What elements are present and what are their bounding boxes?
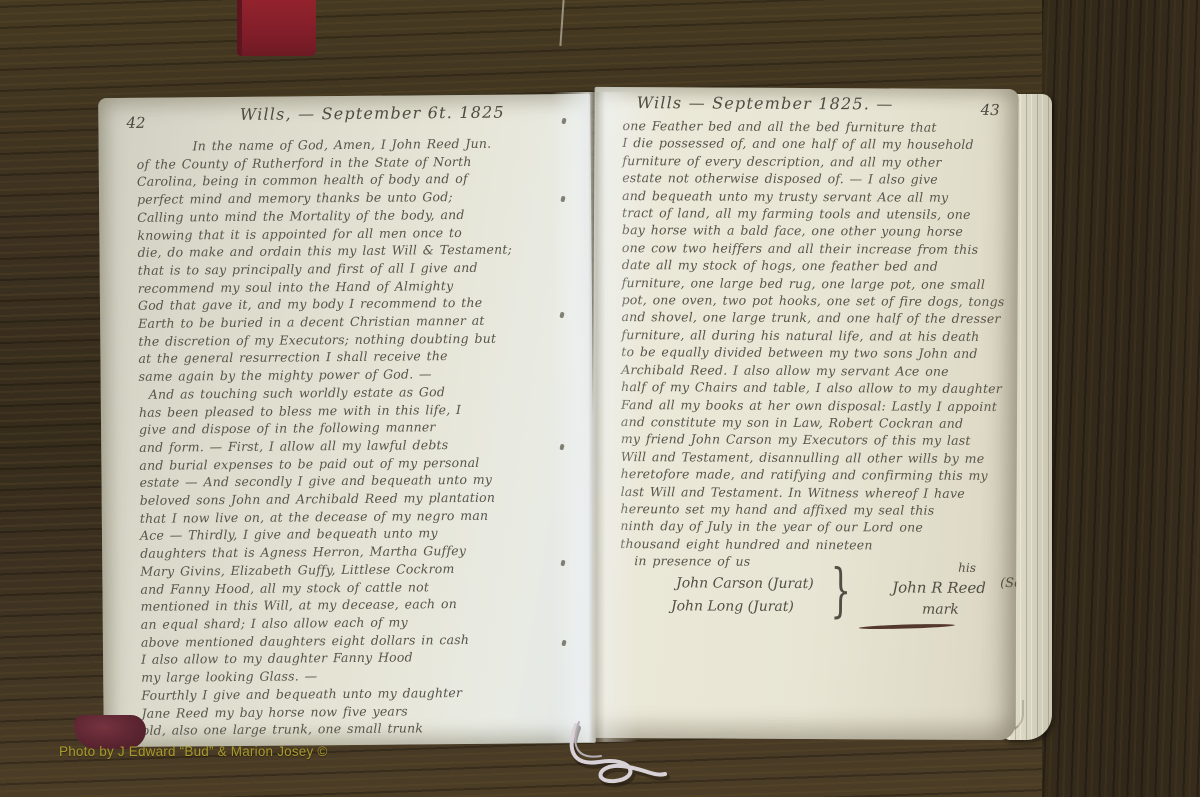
- witness-signature-2: John Long (Jurat): [671, 598, 794, 615]
- red-book-spine-behind: [237, 0, 316, 56]
- handwritten-line: heretofore made, and ratifying and confi…: [621, 465, 1007, 484]
- handwritten-line: Archibald Reed. I also allow my servant …: [621, 361, 1007, 380]
- handwritten-line: pot, one oven, two pot hooks, one set of…: [622, 291, 1008, 310]
- his-mark-bottom: mark: [922, 602, 959, 618]
- handwritten-line: half of my Chairs and table, I also allo…: [621, 378, 1007, 397]
- handwritten-line: last Will and Testament. In Witness wher…: [621, 483, 1007, 502]
- handwritten-line: old, also one large trunk, one small tru…: [142, 718, 590, 740]
- handwritten-line: to be equally divided between my two son…: [621, 343, 1007, 362]
- handwritten-line: and bequeath unto my trusty servant Ace …: [622, 187, 1008, 206]
- handwritten-line: one Feather bed and all the bed furnitur…: [622, 117, 1008, 136]
- handwritten-line: estate not otherwise disposed of. — I al…: [622, 169, 1008, 188]
- handwritten-line: furniture of every description, and all …: [622, 152, 1008, 171]
- handwritten-line: Fand all my books at her own disposal: L…: [621, 396, 1007, 415]
- handwritten-line: in presence of us: [634, 552, 1006, 571]
- handwritten-line: furniture, one large bed rug, one large …: [622, 274, 1008, 293]
- handwritten-line: date all my stock of hogs, one feather b…: [622, 256, 1008, 275]
- handwritten-line: and constitute my son in Law, Robert Coc…: [621, 413, 1007, 432]
- handwritten-line: Will and Testament, disannulling all oth…: [621, 448, 1007, 467]
- his-mark-top: his: [958, 561, 976, 575]
- left-page-text: In the name of God, Amen, I John Reed Ju…: [137, 134, 590, 740]
- right-page-text: one Feather bed and all the bed furnitur…: [620, 117, 1008, 572]
- handwritten-line: and shovel, one large trunk, and one hal…: [621, 309, 1007, 328]
- testator-signature: John R Reed: [892, 578, 986, 596]
- wood-table-right-grain: [1042, 0, 1200, 797]
- right-page-header: Wills — September 1825. —: [637, 93, 894, 113]
- left-page: 42 Wills, — September 6t. 1825 In the na…: [98, 94, 596, 747]
- signature-brace: }: [830, 558, 851, 625]
- seal-label: (Seal): [1000, 576, 1019, 591]
- handwritten-line: my friend John Carson my Executors of th…: [621, 430, 1007, 449]
- left-page-number: 42: [126, 114, 145, 132]
- handwritten-line: thousand eight hundred and nineteen: [620, 535, 1006, 554]
- handwritten-line: one cow two heiffers and all their incre…: [622, 239, 1008, 258]
- handwritten-line: ninth day of July in the year of our Lor…: [620, 517, 1006, 536]
- handwritten-line: I die possessed of, and one half of all …: [622, 134, 1008, 153]
- handwritten-line: furniture, all during his natural life, …: [621, 326, 1007, 345]
- bookmark-string: [540, 718, 710, 797]
- witness-signature-1: John Carson (Jurat): [676, 575, 814, 592]
- photographer-watermark: Photo by J Edward “Bud” & Marion Josey ©: [59, 744, 328, 759]
- left-page-header: Wills, — September 6t. 1825: [182, 102, 562, 124]
- right-page: Wills — September 1825. — 43 one Feather…: [591, 87, 1018, 740]
- handwritten-line: bay horse with a bald face, one other yo…: [622, 221, 1008, 240]
- mark-underline-flourish: [859, 623, 955, 630]
- photo-of-will-book: 42 Wills, — September 6t. 1825 In the na…: [0, 0, 1200, 797]
- right-page-number: 43: [981, 101, 1000, 119]
- handwritten-line: hereunto set my hand and affixed my seal…: [620, 500, 1006, 519]
- handwritten-line: tract of land, all my farming tools and …: [622, 204, 1008, 223]
